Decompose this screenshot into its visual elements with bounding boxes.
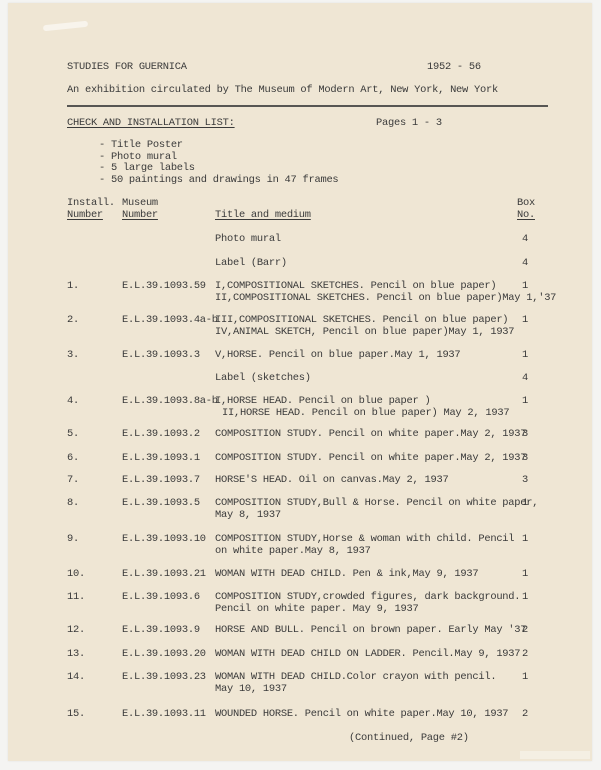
document-subtitle: An exhibition circulated by The Museum o…: [67, 84, 498, 96]
contents-item: - Photo mural: [99, 151, 177, 163]
box-number: 1: [522, 280, 528, 292]
continued-note: (Continued, Page #2): [349, 732, 469, 744]
install-number: 5.: [67, 428, 79, 440]
museum-number: E.L.39.1093.6: [122, 591, 200, 603]
col-install-2: Number: [67, 209, 103, 221]
install-number: 1.: [67, 280, 79, 292]
title-medium: WOMAN WITH DEAD CHILD. Pen & ink,May 9, …: [215, 568, 478, 580]
title-medium: Photo mural: [215, 233, 281, 245]
title-medium: COMPOSITION STUDY,crowded figures, dark …: [215, 591, 520, 603]
title-medium: II,COMPOSITIONAL SKETCHES. Pencil on blu…: [215, 292, 556, 304]
title-medium: COMPOSITION STUDY. Pencil on white paper…: [215, 428, 526, 440]
title-medium: I,COMPOSITIONAL SKETCHES. Pencil on blue…: [215, 280, 496, 292]
title-medium: on white paper.May 8, 1937: [215, 545, 371, 557]
col-museum-1: Museum: [122, 197, 158, 209]
exhibition-years: 1952 - 56: [427, 61, 481, 73]
title-medium: WOUNDED HORSE. Pencil on white paper.May…: [215, 708, 508, 720]
install-number: 10.: [67, 568, 85, 580]
install-number: 12.: [67, 624, 85, 636]
install-number: 2.: [67, 314, 79, 326]
title-medium: May 10, 1937: [215, 683, 287, 695]
box-number: 1: [522, 591, 528, 603]
install-number: 13.: [67, 648, 85, 660]
install-number: 3.: [67, 349, 79, 361]
title-medium: HORSE AND BULL. Pencil on brown paper. E…: [215, 624, 526, 636]
box-number: 2: [522, 708, 528, 720]
museum-number: E.L.39.1093.11: [122, 708, 206, 720]
list-heading: CHECK AND INSTALLATION LIST:: [67, 117, 235, 129]
museum-number: E.L.39.1093.9: [122, 624, 200, 636]
museum-number: E.L.39.1093.23: [122, 671, 206, 683]
box-number: 1: [522, 533, 528, 545]
box-number: 3: [522, 452, 528, 464]
install-number: 8.: [67, 497, 79, 509]
box-number: 1: [522, 671, 528, 683]
contents-item: - 5 large labels: [99, 162, 195, 174]
title-medium: COMPOSITION STUDY,Horse & woman with chi…: [215, 533, 514, 545]
title-medium: IV,ANIMAL SKETCH, Pencil on blue paper)M…: [215, 326, 514, 338]
box-number: 2: [522, 624, 528, 636]
install-number: 6.: [67, 452, 79, 464]
box-number: 1: [522, 349, 528, 361]
col-title: Title and medium: [215, 209, 311, 221]
museum-number: E.L.39.1093.8a-b: [122, 395, 218, 407]
box-number: 1: [522, 395, 528, 407]
box-number: 2: [522, 648, 528, 660]
title-medium: WOMAN WITH DEAD CHILD ON LADDER. Pencil.…: [215, 648, 520, 660]
title-medium: Pencil on white paper. May 9, 1937: [215, 603, 419, 615]
install-number: 9.: [67, 533, 79, 545]
title-medium: WOMAN WITH DEAD CHILD.Color crayon with …: [215, 671, 496, 683]
col-box-2: No.: [517, 209, 535, 221]
museum-number: E.L.39.1093.21: [122, 568, 206, 580]
install-number: 11.: [67, 591, 85, 603]
museum-number: E.L.39.1093.2: [122, 428, 200, 440]
box-number: 1: [522, 497, 528, 509]
faint-stamp: [520, 751, 590, 759]
page-range: Pages 1 - 3: [376, 117, 442, 129]
install-number: 7.: [67, 474, 79, 486]
title-medium: III,COMPOSITIONAL SKETCHES. Pencil on bl…: [215, 314, 508, 326]
box-number: 4: [522, 372, 528, 384]
box-number: 1: [522, 314, 528, 326]
paper-mark: [43, 21, 88, 32]
box-number: 1: [522, 568, 528, 580]
col-install-1: Install.: [67, 197, 115, 209]
museum-number: E.L.39.1093.3: [122, 349, 200, 361]
document-title: STUDIES FOR GUERNICA: [67, 61, 187, 73]
install-number: 14.: [67, 671, 85, 683]
box-number: 3: [522, 428, 528, 440]
box-number: 3: [522, 474, 528, 486]
museum-number: E.L.39.1093.1: [122, 452, 200, 464]
box-number: 4: [522, 257, 528, 269]
title-medium: May 8, 1937: [215, 509, 281, 521]
museum-number: E.L.39.1093.10: [122, 533, 206, 545]
title-medium: V,HORSE. Pencil on blue paper.May 1, 193…: [215, 349, 460, 361]
install-number: 4.: [67, 395, 79, 407]
title-medium: Label (Barr): [215, 257, 287, 269]
museum-number: E.L.39.1093.5: [122, 497, 200, 509]
title-medium: Label (sketches): [215, 372, 311, 384]
col-museum-2: Number: [122, 209, 158, 221]
header-rule: [67, 105, 548, 107]
install-number: 15.: [67, 708, 85, 720]
col-box-1: Box: [517, 197, 535, 209]
museum-number: E.L.39.1093.4a-b: [122, 314, 218, 326]
contents-item: - 50 paintings and drawings in 47 frames: [99, 174, 338, 186]
museum-number: E.L.39.1093.20: [122, 648, 206, 660]
title-medium: HORSE'S HEAD. Oil on canvas.May 2, 1937: [215, 474, 448, 486]
museum-number: E.L.39.1093.59: [122, 280, 206, 292]
title-medium: I,HORSE HEAD. Pencil on blue paper ): [215, 395, 430, 407]
box-number: 4: [522, 233, 528, 245]
title-medium: COMPOSITION STUDY. Pencil on white paper…: [215, 452, 526, 464]
museum-number: E.L.39.1093.7: [122, 474, 200, 486]
contents-item: - Title Poster: [99, 139, 183, 151]
title-medium: II,HORSE HEAD. Pencil on blue paper) May…: [222, 407, 509, 419]
title-medium: COMPOSITION STUDY,Bull & Horse. Pencil o…: [215, 497, 538, 509]
